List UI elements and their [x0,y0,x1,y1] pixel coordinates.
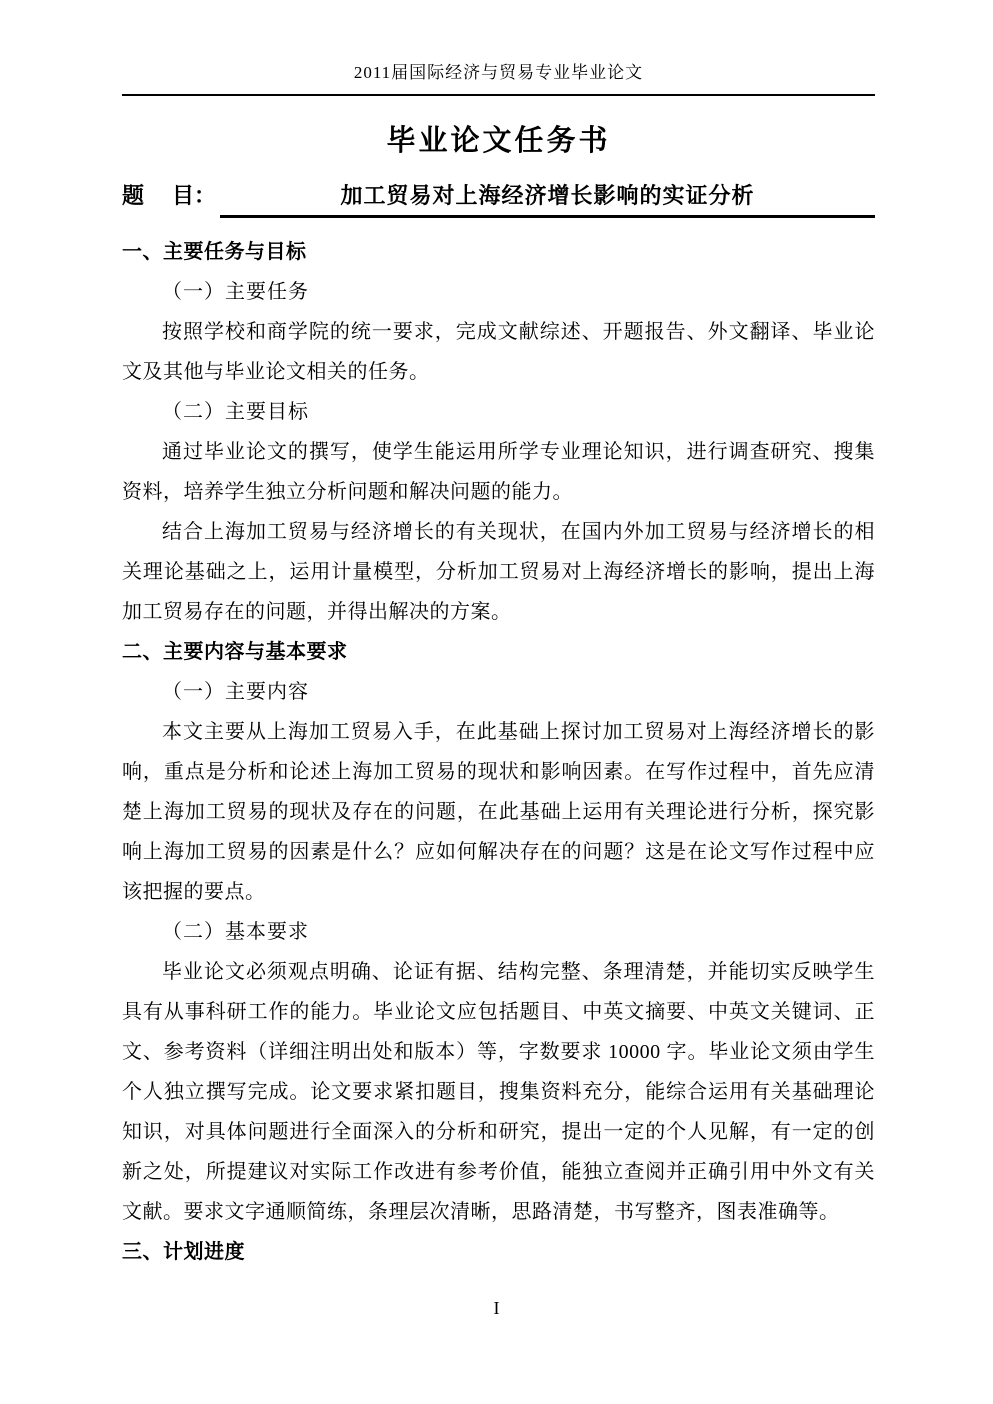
paragraph: 本文主要从上海加工贸易入手，在此基础上探讨加工贸易对上海经济增长的影响，重点是分… [122,712,875,912]
page-number: I [0,1296,993,1320]
section-heading: 一、主要任务与目标 [122,232,875,272]
sections: 一、主要任务与目标 （一）主要任务 按照学校和商学院的统一要求，完成文献综述、开… [122,232,875,1272]
sub-heading: （二）主要目标 [122,392,875,432]
paragraph: 结合上海加工贸易与经济增长的有关现状，在国内外加工贸易与经济增长的相关理论基础之… [122,512,875,632]
subject-row: 题 目： 加工贸易对上海经济增长影响的实证分析 [122,180,875,218]
sub-heading: （二）基本要求 [122,912,875,952]
page-title: 毕业论文任务书 [122,122,875,160]
subject-label-first: 题 [122,180,144,212]
document-page: 2011届国际经济与贸易专业毕业论文 毕业论文任务书 题 目： 加工贸易对上海经… [0,0,993,1404]
subject-underline: 加工贸易对上海经济增长影响的实证分析 [220,180,875,218]
subject-value: 加工贸易对上海经济增长影响的实证分析 [341,183,755,208]
document-content: 2011届国际经济与贸易专业毕业论文 毕业论文任务书 题 目： 加工贸易对上海经… [0,0,993,1272]
section-heading: 二、主要内容与基本要求 [122,632,875,672]
sub-heading: （一）主要任务 [122,272,875,312]
paragraph: 通过毕业论文的撰写，使学生能运用所学专业理论知识，进行调查研究、搜集资料，培养学… [122,432,875,512]
subject-label-second: 目： [172,180,216,212]
header-rule [122,94,875,96]
section-heading: 三、计划进度 [122,1232,875,1272]
running-head: 2011届国际经济与贸易专业毕业论文 [122,0,875,84]
paragraph: 按照学校和商学院的统一要求，完成文献综述、开题报告、外文翻译、毕业论文及其他与毕… [122,312,875,392]
sub-heading: （一）主要内容 [122,672,875,712]
paragraph: 毕业论文必须观点明确、论证有据、结构完整、条理清楚，并能切实反映学生具有从事科研… [122,952,875,1232]
